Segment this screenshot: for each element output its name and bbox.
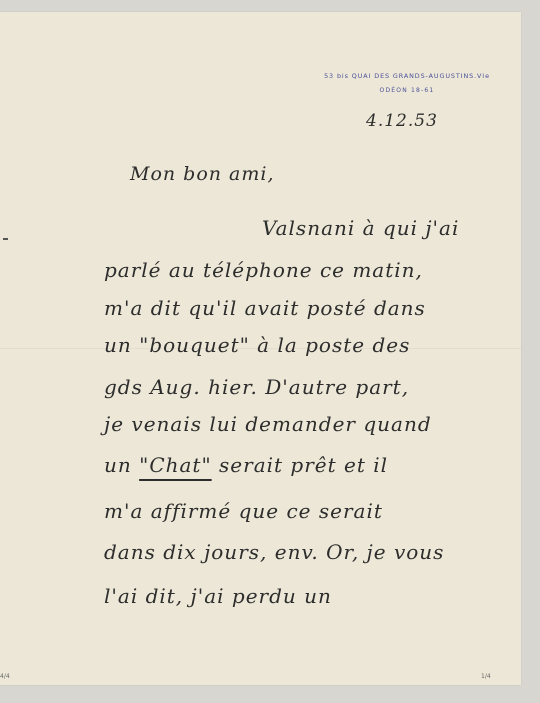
folio-right: 1/4	[481, 673, 491, 680]
line-7-end: serait prêt et il	[219, 453, 388, 477]
letterhead: 53 bis QUAI DES GRANDS-AUGUSTINS.VIe ODÉ…	[300, 72, 514, 94]
letter-date: 4.12.53	[366, 111, 438, 131]
letterhead-phone: ODÉON 18-61	[300, 87, 514, 94]
letter-line-2: parlé au téléphone ce matin,	[104, 258, 423, 282]
letterhead-address: 53 bis QUAI DES GRANDS-AUGUSTINS.VIe	[300, 72, 514, 80]
letter-line-5: gds Aug. hier. D'autre part,	[104, 375, 409, 399]
letter-line-7: un "Chat" serait prêt et il	[104, 453, 388, 477]
underlined-title: "Chat"	[139, 453, 212, 477]
margin-mark	[3, 238, 8, 240]
letter-line-6: je venais lui demander quand	[104, 412, 432, 436]
letter-line-9: dans dix jours, env. Or, je vous	[104, 540, 444, 564]
letter-line-1: Valsnani à qui j'ai	[262, 216, 459, 240]
letter-line-8: m'a affirmé que ce serait	[104, 499, 383, 523]
letter-line-3: m'a dit qu'il avait posté dans	[104, 296, 426, 320]
folio-left: 4/4	[0, 673, 10, 680]
line-7-start: un	[104, 453, 132, 477]
salutation: Mon bon ami,	[130, 163, 275, 185]
letter-line-10: l'ai dit, j'ai perdu un	[104, 584, 332, 608]
letter-line-4: un "bouquet" à la poste des	[104, 333, 410, 357]
